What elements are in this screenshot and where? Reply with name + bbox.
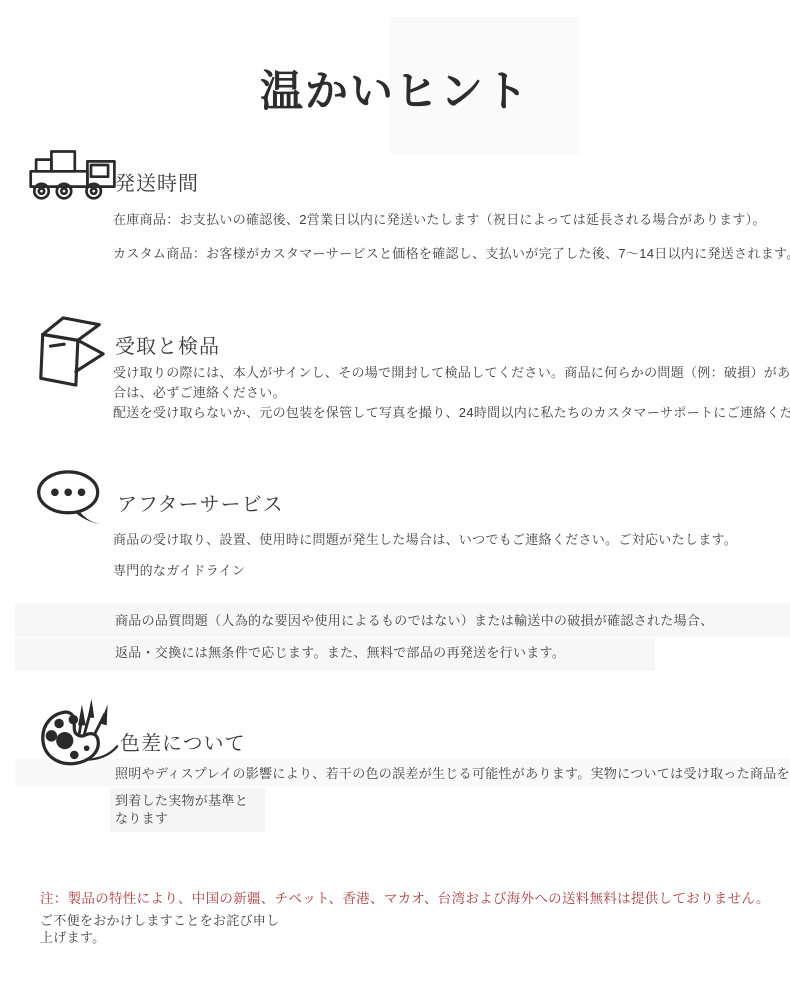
after-service-line: 商品の受け取り、設置、使用時に問題が発生した場合は、いつでもご連絡ください。ご対… (113, 531, 737, 548)
color-difference-line: 到着した実物が基準と (115, 792, 248, 809)
after-service-line: 返品・交換には無条件で応じます。また、無料で部品の再発送を行います。 (115, 644, 565, 661)
color-difference-line: なります (115, 810, 168, 827)
receipt-line: 配送を受け取らないか、元の包装を保管して写真を撮り、24時間以内に私たちのカスタ… (113, 404, 790, 421)
palette-icon (34, 693, 126, 773)
after-service-line: 専門的なガイドライン (113, 562, 245, 579)
truck-icon (28, 147, 118, 201)
color-difference-line: 照明やディスプレイの影響により、若干の色の誤差が生じる可能性があります。実物につ… (115, 765, 790, 782)
receipt-line: 受け取りの際には、本人がサインし、その場で開封して検品してください。商品に何らか… (113, 364, 790, 381)
apology-line: 上げます。 (40, 929, 105, 946)
shipping-line: カスタム商品：お客様がカスタマーサービスと価格を確認し、支払いが完了した後、7～… (113, 245, 790, 262)
page-title: 温かいヒント (0, 58, 790, 119)
shipping-restriction-note: 注：製品の特性により、中国の新疆、チベット、香港、マカオ、台湾および海外への送料… (40, 887, 770, 907)
shipping-heading: 発送時間 (115, 167, 199, 196)
warm-hints-page: 温かいヒント 発送時間 在庫商品：お支払いの確認後、2営業日以内に発送いたします… (0, 0, 790, 986)
chat-bubble-icon (33, 468, 111, 530)
open-box-icon (32, 310, 110, 392)
color-difference-heading: 色差について (120, 727, 246, 756)
after-service-heading: アフターサービス (117, 488, 284, 517)
receipt-heading: 受取と検品 (115, 330, 220, 359)
receipt-line: 合は、必ずご連絡ください。 (113, 384, 286, 401)
shipping-line: 在庫商品：お支払いの確認後、2営業日以内に発送いたします（祝日によっては延長され… (113, 211, 766, 228)
after-service-line: 商品の品質問題（人為的な要因や使用によるものではない）または輸送中の破損が確認さ… (115, 612, 714, 629)
apology-line: ご不便をおかけしますことをお詫び申し (40, 912, 279, 929)
